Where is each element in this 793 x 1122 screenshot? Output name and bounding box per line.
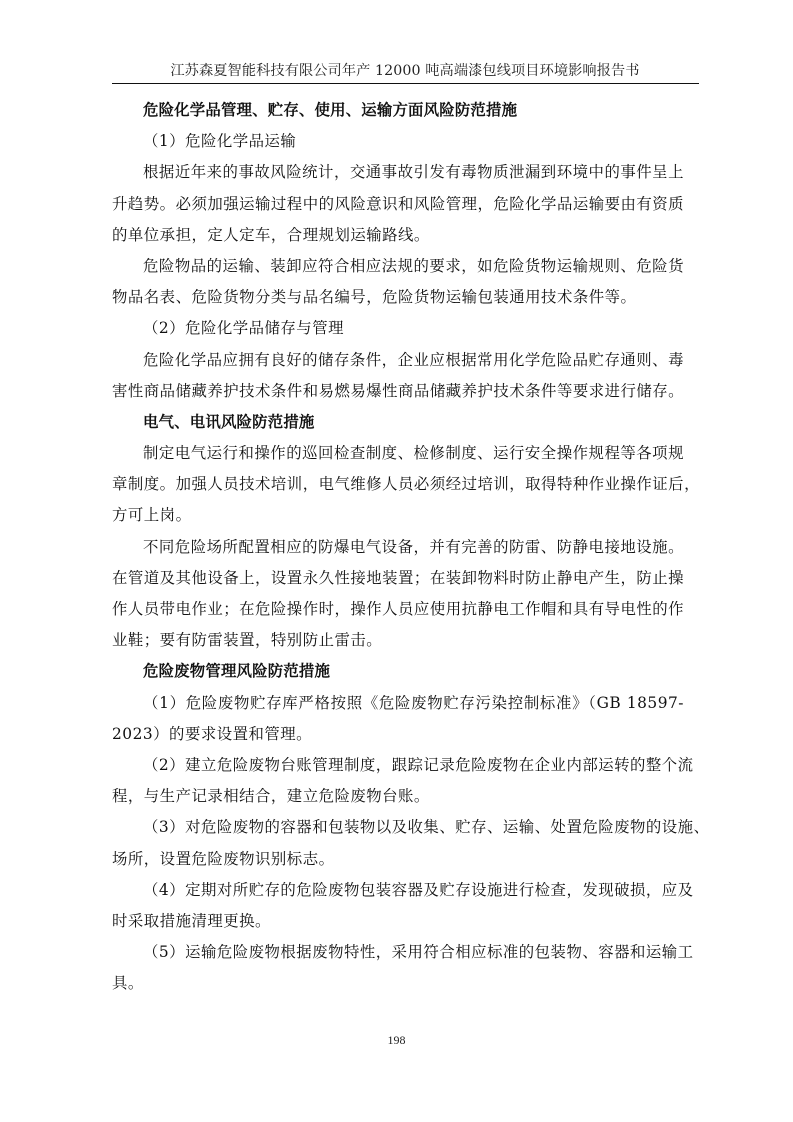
paragraph-line: 不同危险场所配置相应的防爆电气设备，并有完善的防雷、防静电接地设施。: [112, 532, 684, 563]
subsection-title-transport: （1）危险化学品运输: [112, 126, 684, 157]
paragraph-line: 危险化学品应拥有良好的储存条件，企业应根据常用化学危险品贮存通则、毒: [112, 345, 684, 376]
paragraph-line: 在管道及其他设备上，设置永久性接地装置；在装卸物料时防止静电产生，防止操: [112, 563, 684, 594]
paragraph-line: 具。: [112, 968, 684, 999]
paragraph-line: 升趋势。必须加强运输过程中的风险意识和风险管理，危险化学品运输要由有资质: [112, 189, 684, 220]
paragraph-explosion-proof: 不同危险场所配置相应的防爆电气设备，并有完善的防雷、防静电接地设施。 在管道及其…: [112, 532, 684, 657]
paragraph-line: （2）建立危险废物台账管理制度，跟踪记录危险废物在企业内部运转的整个流: [112, 750, 684, 781]
paragraph-electrical-rules: 制定电气运行和操作的巡回检查制度、检修制度、运行安全操作规程等各项规 章制度。加…: [112, 438, 684, 532]
paragraph-line: 危险物品的运输、装卸应符合相应法规的要求，如危险货物运输规则、危险货: [112, 251, 684, 282]
paragraph-line: 方可上岗。: [112, 500, 684, 531]
paragraph-line: （1）危险废物贮存库严格按照《危险废物贮存污染控制标准》（GB 18597-: [112, 688, 684, 719]
section-heading-hazardous-chemicals: 危险化学品管理、贮存、使用、运输方面风险防范措施: [112, 95, 684, 126]
document-page: 江苏森夏智能科技有限公司年产 12000 吨高端漆包线项目环境影响报告书 危险化…: [0, 0, 793, 1122]
paragraph-line: （4）定期对所贮存的危险废物包装容器及贮存设施进行检查，发现破损，应及: [112, 875, 684, 906]
list-item-waste-2: （2）建立危险废物台账管理制度，跟踪记录危险废物在企业内部运转的整个流 程，与生…: [112, 750, 684, 812]
running-header: 江苏森夏智能科技有限公司年产 12000 吨高端漆包线项目环境影响报告书: [112, 61, 698, 83]
paragraph-line: 根据近年来的事故风险统计，交通事故引发有毒物质泄漏到环境中的事件呈上: [112, 157, 684, 188]
page-content: 危险化学品管理、贮存、使用、运输方面风险防范措施 （1）危险化学品运输 根据近年…: [112, 95, 684, 999]
section-heading-hazardous-waste: 危险废物管理风险防范措施: [112, 656, 684, 687]
header-rule: [112, 83, 699, 84]
paragraph-line: 2023）的要求设置和管理。: [112, 719, 684, 750]
subsection-title-storage: （2）危险化学品储存与管理: [112, 313, 684, 344]
paragraph-line: 的单位承担，定人定车，合理规划运输路线。: [112, 220, 684, 251]
list-item-waste-3: （3）对危险废物的容器和包装物以及收集、贮存、运输、处置危险废物的设施、 场所，…: [112, 812, 684, 874]
paragraph-line: 制定电气运行和操作的巡回检查制度、检修制度、运行安全操作规程等各项规: [112, 438, 684, 469]
section-heading-electrical: 电气、电讯风险防范措施: [112, 407, 684, 438]
paragraph-line: （5）运输危险废物根据废物特性，采用符合相应标准的包装物、容器和运输工: [112, 937, 684, 968]
paragraph-line: （3）对危险废物的容器和包装物以及收集、贮存、运输、处置危险废物的设施、: [112, 812, 684, 843]
paragraph-accident-statistics: 根据近年来的事故风险统计，交通事故引发有毒物质泄漏到环境中的事件呈上 升趋势。必…: [112, 157, 684, 251]
paragraph-line: 害性商品储藏养护技术条件和易燃易爆性商品储藏养护技术条件等要求进行储存。: [112, 376, 684, 407]
page-number: 198: [0, 1033, 793, 1048]
paragraph-line: 章制度。加强人员技术培训，电气维修人员必须经过培训，取得特种作业操作证后，: [112, 469, 684, 500]
paragraph-transport-regulations: 危险物品的运输、装卸应符合相应法规的要求，如危险货物运输规则、危险货 物品名表、…: [112, 251, 684, 313]
paragraph-line: 作人员带电作业；在危险操作时，操作人员应使用抗静电工作帽和具有导电性的作: [112, 594, 684, 625]
list-item-waste-1: （1）危险废物贮存库严格按照《危险废物贮存污染控制标准》（GB 18597- 2…: [112, 688, 684, 750]
paragraph-storage-conditions: 危险化学品应拥有良好的储存条件，企业应根据常用化学危险品贮存通则、毒 害性商品储…: [112, 345, 684, 407]
list-item-waste-4: （4）定期对所贮存的危险废物包装容器及贮存设施进行检查，发现破损，应及 时采取措…: [112, 875, 684, 937]
paragraph-line: 业鞋；要有防雷装置，特别防止雷击。: [112, 625, 684, 656]
paragraph-line: 场所，设置危险废物识别标志。: [112, 844, 684, 875]
paragraph-line: 程，与生产记录相结合，建立危险废物台账。: [112, 781, 684, 812]
paragraph-line: 时采取措施清理更换。: [112, 906, 684, 937]
paragraph-line: 物品名表、危险货物分类与品名编号，危险货物运输包装通用技术条件等。: [112, 282, 684, 313]
list-item-waste-5: （5）运输危险废物根据废物特性，采用符合相应标准的包装物、容器和运输工 具。: [112, 937, 684, 999]
